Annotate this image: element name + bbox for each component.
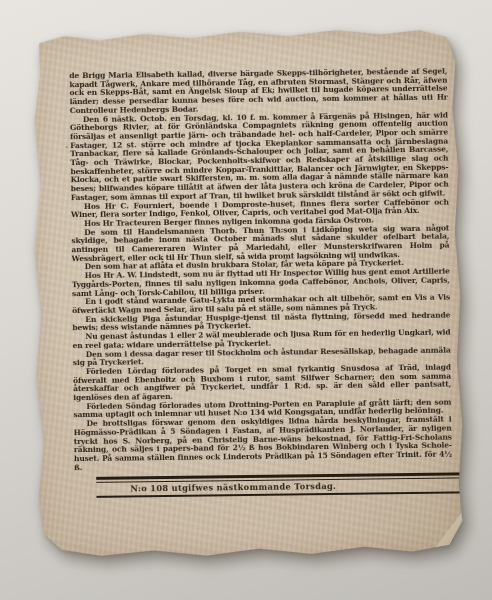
article-paragraph: Den 6 nästk. Octob. en Torsdag, kl. 10 f… — [70, 111, 449, 203]
issue-footer: N:o 108 utgifwes nästkommande Torsdag. — [96, 473, 464, 498]
newspaper-page: de Brigg Maria Elisabeth kallad, diverse… — [25, 24, 469, 563]
torn-edge-bottom — [31, 551, 469, 563]
newspaper-page-wrap: de Brigg Maria Elisabeth kallad, diverse… — [25, 24, 469, 563]
article-paragraph: Förleden Lördag förlorades på Torget en … — [73, 363, 451, 402]
article-paragraph: de Brigg Maria Elisabeth kallad, diverse… — [69, 68, 448, 116]
article-paragraph: De brottsligas förswar genom den oskyldi… — [74, 416, 453, 473]
paper-speck — [66, 147, 69, 149]
article-text: de Brigg Maria Elisabeth kallad, diverse… — [69, 68, 452, 499]
paper-speck — [266, 59, 268, 61]
photo-backdrop: de Brigg Maria Elisabeth kallad, diverse… — [0, 0, 492, 600]
folded-corner — [425, 502, 470, 559]
